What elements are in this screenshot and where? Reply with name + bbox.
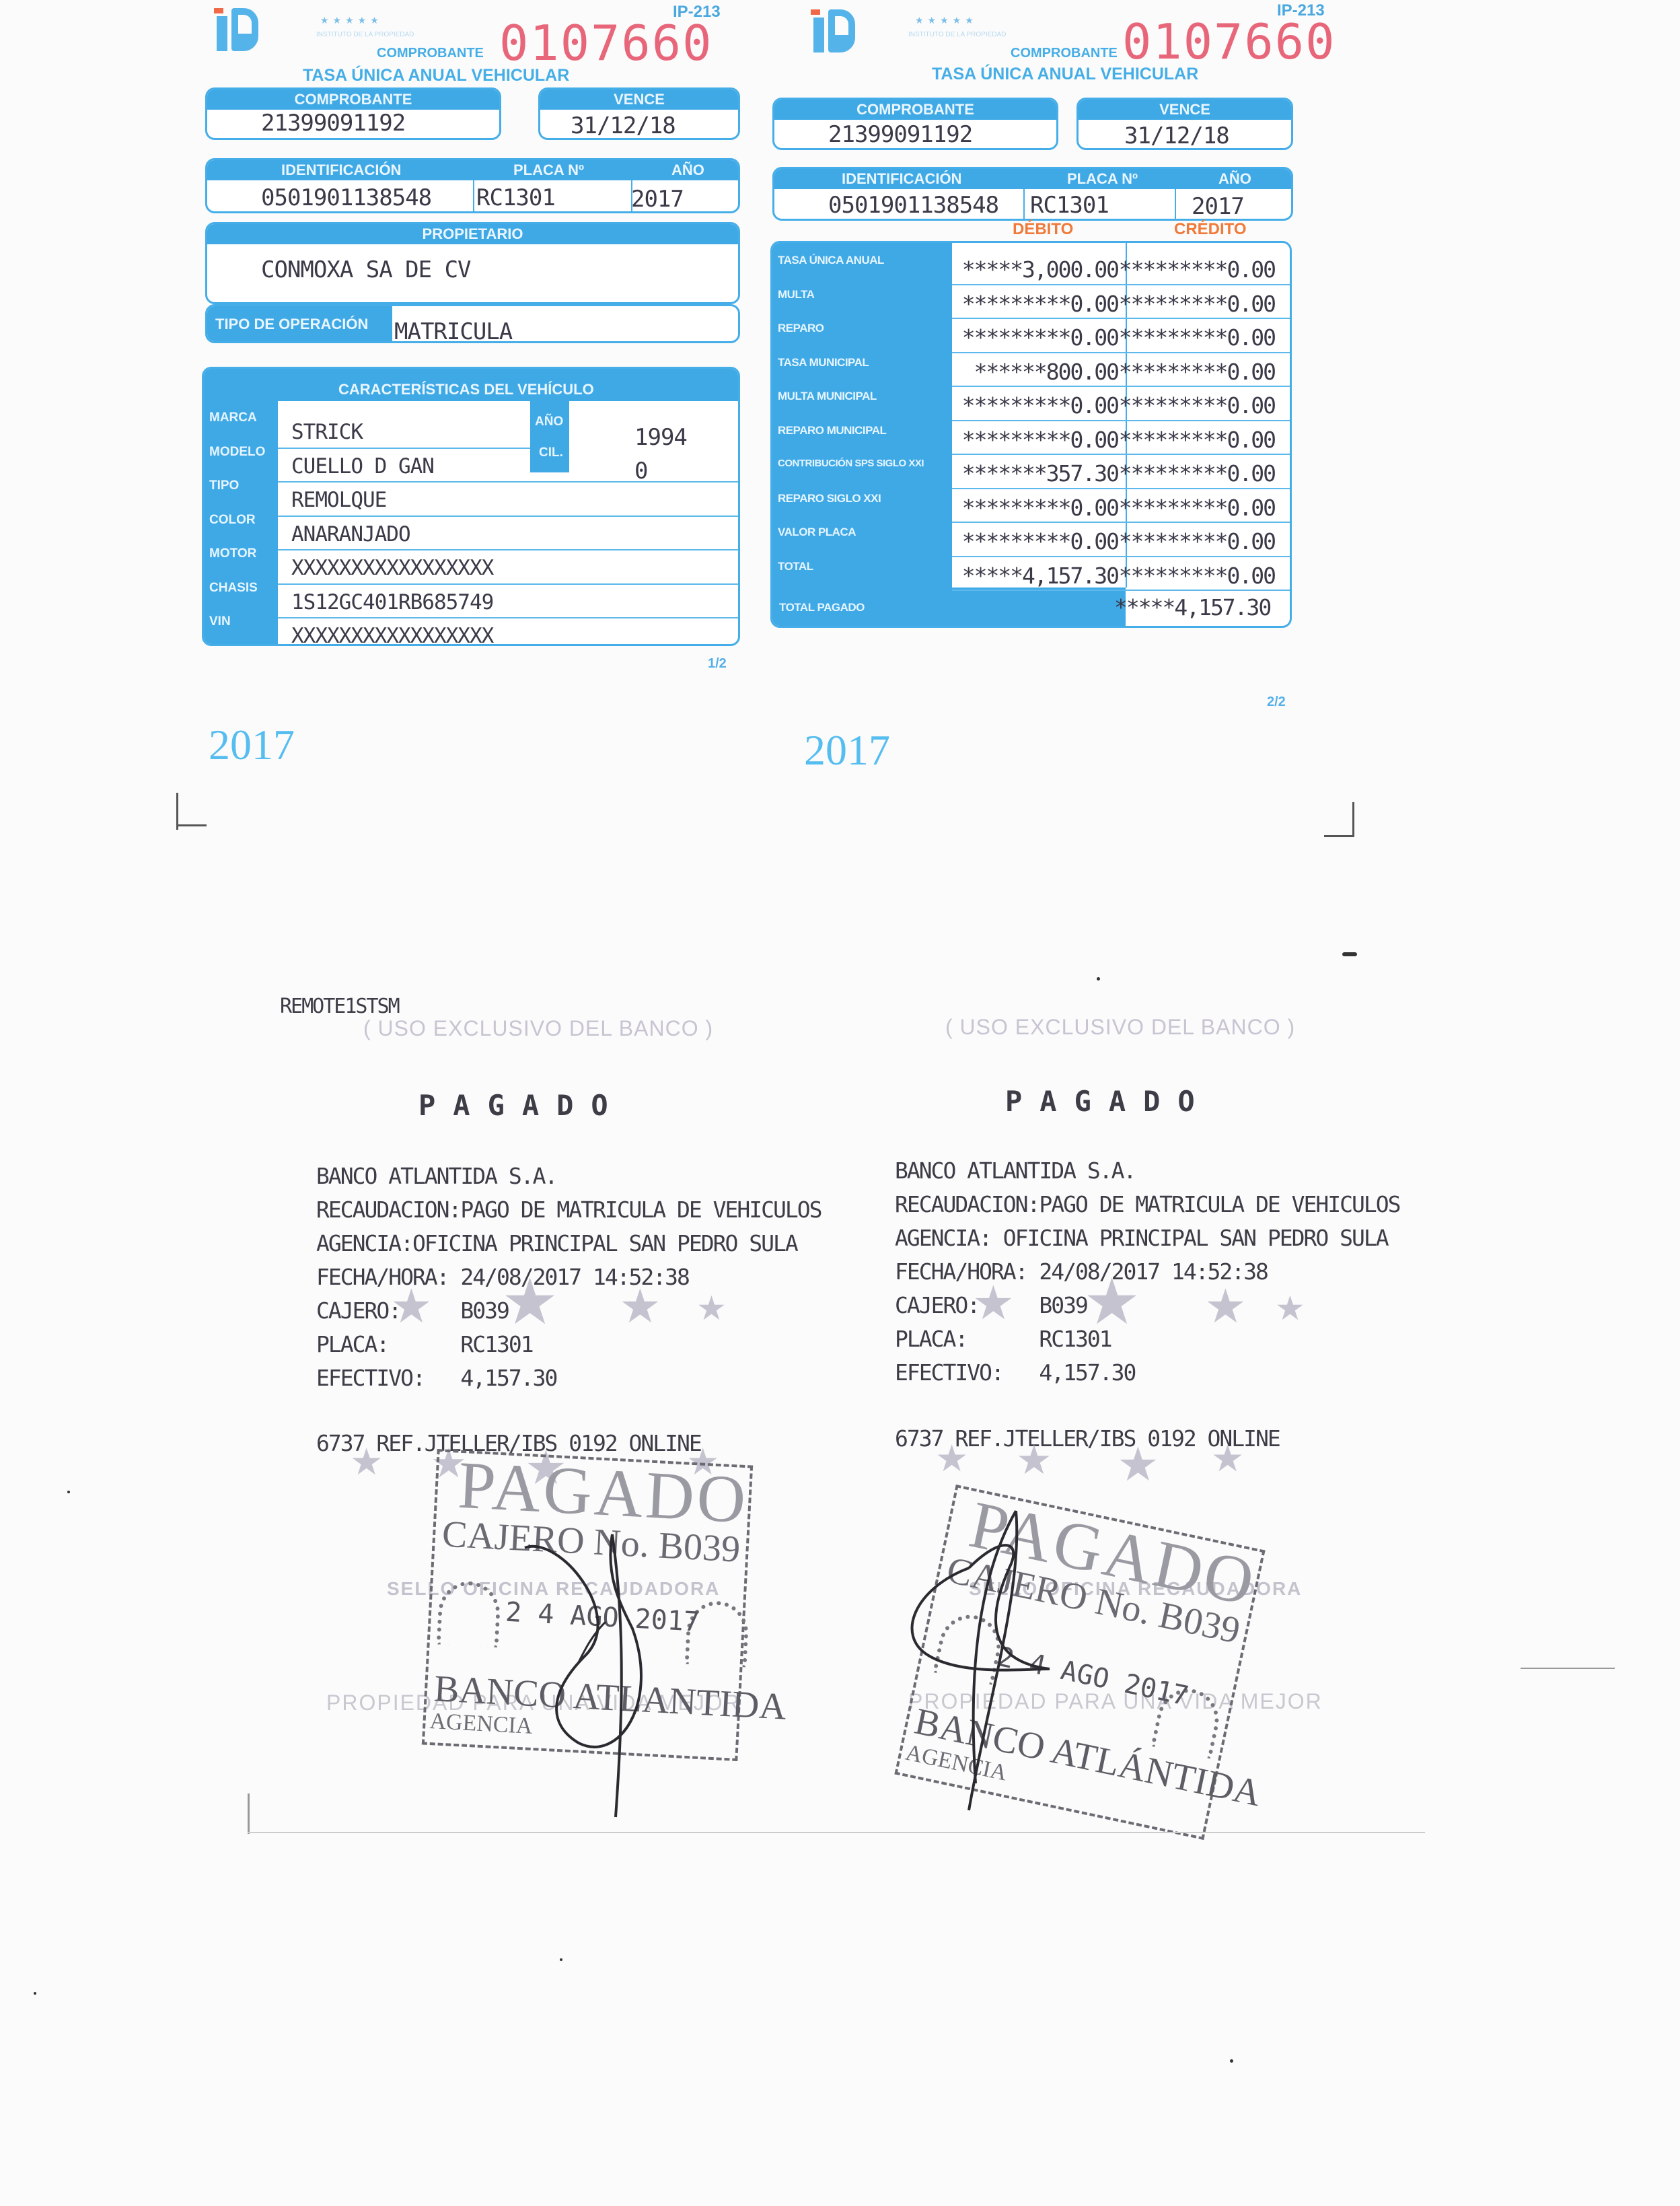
signature-icon [0,0,1680,2206]
